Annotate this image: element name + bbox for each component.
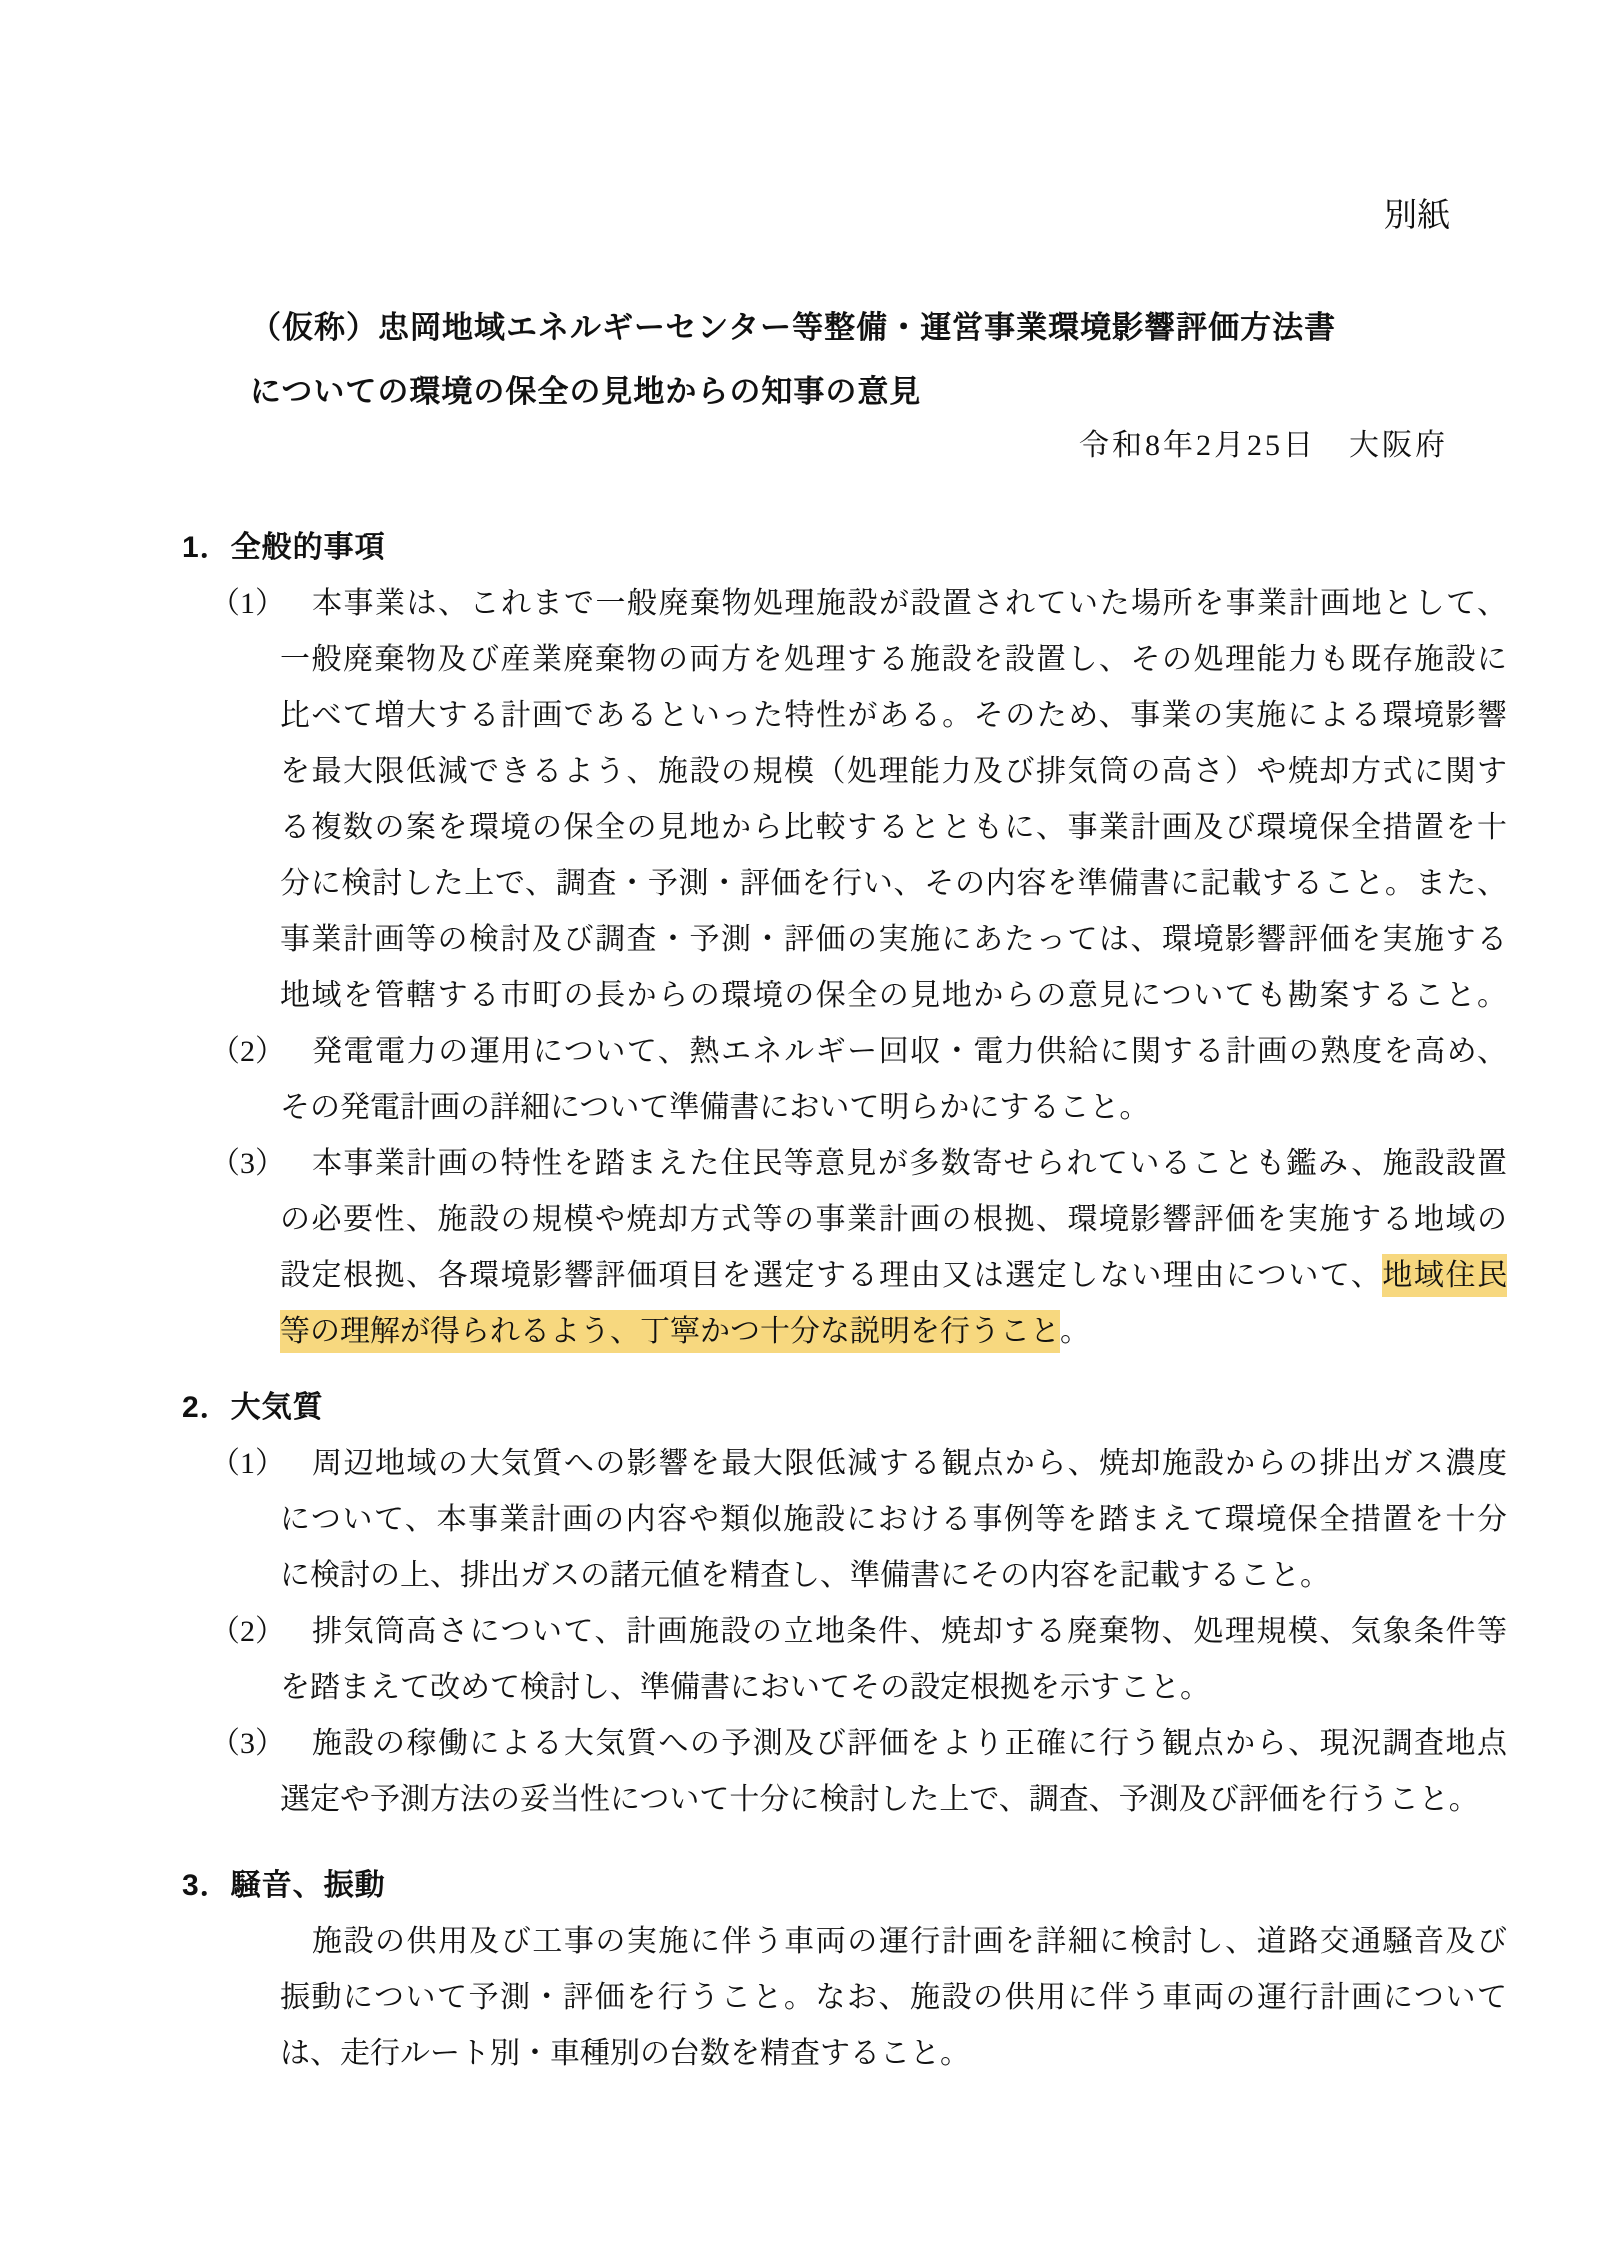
text-segment: 施設の供用及び工事の実施に伴う車両の運行計画を詳細に検討し、道路交通騒音及び [312,1925,1507,1958]
section: 3．騒音、振動施設の供用及び工事の実施に伴う車両の運行計画を詳細に検討し、道路交… [0,1858,1600,2082]
item-number: （2） [210,1604,285,1660]
section-heading: 1．全般的事項 [182,520,1600,576]
text-line: は、走行ルート別・車種別の台数を精査すること。 [280,2026,1507,2082]
text-segment: に検討の上、排出ガスの諸元値を精査し、準備書にその内容を記載すること。 [280,1559,1330,1592]
text-line: 地域を管轄する市町の長からの環境の保全の見地からの意見についても勘案すること。 [280,968,1507,1024]
text-line: 施設の稼働による大気質への予測及び評価をより正確に行う観点から、現況調査地点 [280,1716,1507,1772]
text-segment: その発電計画の詳細について準備書において明らかにすること。 [280,1091,1149,1124]
date-and-issuer: 令和8年2月25日 大阪府 [1079,426,1448,466]
text-segment: 比べて増大する計画であるといった特性がある。そのため、事業の実施による環境影響 [280,699,1507,732]
text-line: 施設の供用及び工事の実施に伴う車両の運行計画を詳細に検討し、道路交通騒音及び [280,1914,1507,1970]
text-line: 事業計画等の検討及び調査・予測・評価の実施にあたっては、環境影響評価を実施する [280,912,1507,968]
text-segment: 発電電力の運用について、熱エネルギー回収・電力供給に関する計画の熟度を高め、 [312,1035,1507,1068]
text-line: を踏まえて改めて検討し、準備書においてその設定根拠を示すこと。 [280,1660,1507,1716]
document-title-line-2: についての環境の保全の見地からの知事の意見 [250,360,1336,424]
text-line: 設定根拠、各環境影響評価項目を選定する理由又は選定しない理由について、地域住民 [280,1248,1507,1304]
document-title-line-1: （仮称）忠岡地域エネルギーセンター等整備・運営事業環境影響評価方法書 [250,296,1336,360]
paragraph-item: （3）本事業計画の特性を踏まえた住民等意見が多数寄せられていることも鑑み、施設設… [280,1136,1507,1360]
text-segment: を踏まえて改めて検討し、準備書においてその設定根拠を示すこと。 [280,1671,1210,1704]
paragraph-item: 施設の供用及び工事の実施に伴う車両の運行計画を詳細に検討し、道路交通騒音及び振動… [280,1914,1507,2082]
text-line: 本事業は、これまで一般廃棄物処理施設が設置されていた場所を事業計画地として、 [280,576,1507,632]
text-segment: 選定や予測方法の妥当性について十分に検討した上で、調査、予測及び評価を行うこと。 [280,1783,1479,1816]
paragraph-item: （2）発電電力の運用について、熱エネルギー回収・電力供給に関する計画の熟度を高め… [280,1024,1507,1136]
text-line: 等の理解が得られるよう、丁寧かつ十分な説明を行うこと。 [280,1304,1507,1360]
text-segment: 本事業は、これまで一般廃棄物処理施設が設置されていた場所を事業計画地として、 [312,587,1507,620]
document-title: （仮称）忠岡地域エネルギーセンター等整備・運営事業環境影響評価方法書 についての… [250,296,1336,424]
text-line: 一般廃棄物及び産業廃棄物の両方を処理する施設を設置し、その処理能力も既存施設に [280,632,1507,688]
text-line: 本事業計画の特性を踏まえた住民等意見が多数寄せられていることも鑑み、施設設置 [280,1136,1507,1192]
item-number: （1） [210,1436,285,1492]
item-number: （1） [210,576,285,632]
text-line: その発電計画の詳細について準備書において明らかにすること。 [280,1080,1507,1136]
text-line: に検討の上、排出ガスの諸元値を精査し、準備書にその内容を記載すること。 [280,1548,1507,1604]
text-line: 比べて増大する計画であるといった特性がある。そのため、事業の実施による環境影響 [280,688,1507,744]
text-segment: 周辺地域の大気質への影響を最大限低減する観点から、焼却施設からの排出ガス濃度 [312,1447,1507,1480]
paragraph-item: （3）施設の稼働による大気質への予測及び評価をより正確に行う観点から、現況調査地… [280,1716,1507,1828]
text-segment: 排気筒高さについて、計画施設の立地条件、焼却する廃棄物、処理規模、気象条件等 [312,1615,1507,1648]
text-segment: 地域を管轄する市町の長からの環境の保全の見地からの意見についても勘案すること。 [280,979,1507,1012]
text-segment: 施設の稼働による大気質への予測及び評価をより正確に行う観点から、現況調査地点 [312,1727,1507,1760]
text-segment: は、走行ルート別・車種別の台数を精査すること。 [280,2037,970,2070]
text-line: 振動について予測・評価を行うこと。なお、施設の供用に伴う車両の運行計画について [280,1970,1507,2026]
text-segment: を最大限低減できるよう、施設の規模（処理能力及び排気筒の高さ）や焼却方式に関す [280,755,1507,788]
text-segment: 分に検討した上で、調査・予測・評価を行い、その内容を準備書に記載すること。また、 [280,867,1507,900]
text-line: 発電電力の運用について、熱エネルギー回収・電力供給に関する計画の熟度を高め、 [280,1024,1507,1080]
item-number: （2） [210,1024,285,1080]
text-segment: の必要性、施設の規模や焼却方式等の事業計画の根拠、環境影響評価を実施する地域の [280,1203,1507,1236]
text-segment: 。 [1060,1315,1090,1348]
item-number: （3） [210,1716,285,1772]
highlighted-text: 地域住民 [1382,1254,1507,1297]
text-segment: 本事業計画の特性を踏まえた住民等意見が多数寄せられていることも鑑み、施設設置 [312,1147,1507,1180]
section-heading: 2．大気質 [182,1380,1600,1436]
text-line: 選定や予測方法の妥当性について十分に検討した上で、調査、予測及び評価を行うこと。 [280,1772,1507,1828]
highlighted-text: 等の理解が得られるよう、丁寧かつ十分な説明を行うこと [280,1310,1060,1353]
text-line: 分に検討した上で、調査・予測・評価を行い、その内容を準備書に記載すること。また、 [280,856,1507,912]
text-segment: 設定根拠、各環境影響評価項目を選定する理由又は選定しない理由について、 [280,1259,1382,1292]
text-segment: る複数の案を環境の保全の見地から比較するとともに、事業計画及び環境保全措置を十 [280,811,1507,844]
text-segment: について、本事業計画の内容や類似施設における事例等を踏まえて環境保全措置を十分 [280,1503,1507,1536]
text-line: 排気筒高さについて、計画施設の立地条件、焼却する廃棄物、処理規模、気象条件等 [280,1604,1507,1660]
attachment-label: 別紙 [1384,196,1450,236]
text-line: の必要性、施設の規模や焼却方式等の事業計画の根拠、環境影響評価を実施する地域の [280,1192,1507,1248]
text-line: を最大限低減できるよう、施設の規模（処理能力及び排気筒の高さ）や焼却方式に関す [280,744,1507,800]
paragraph-item: （1）本事業は、これまで一般廃棄物処理施設が設置されていた場所を事業計画地として… [280,576,1507,1024]
text-line: る複数の案を環境の保全の見地から比較するとともに、事業計画及び環境保全措置を十 [280,800,1507,856]
item-number: （3） [210,1136,285,1192]
text-line: 周辺地域の大気質への影響を最大限低減する観点から、焼却施設からの排出ガス濃度 [280,1436,1507,1492]
paragraph-item: （1）周辺地域の大気質への影響を最大限低減する観点から、焼却施設からの排出ガス濃… [280,1436,1507,1604]
paragraph-item: （2）排気筒高さについて、計画施設の立地条件、焼却する廃棄物、処理規模、気象条件… [280,1604,1507,1716]
document-body: 1．全般的事項（1）本事業は、これまで一般廃棄物処理施設が設置されていた場所を事… [0,520,1600,2082]
text-segment: 一般廃棄物及び産業廃棄物の両方を処理する施設を設置し、その処理能力も既存施設に [280,643,1507,676]
text-segment: 事業計画等の検討及び調査・予測・評価の実施にあたっては、環境影響評価を実施する [280,923,1507,956]
document-page: 別紙 （仮称）忠岡地域エネルギーセンター等整備・運営事業環境影響評価方法書 につ… [0,0,1600,2263]
section: 1．全般的事項（1）本事業は、これまで一般廃棄物処理施設が設置されていた場所を事… [0,520,1600,1360]
section-heading: 3．騒音、振動 [182,1858,1600,1914]
text-segment: 振動について予測・評価を行うこと。なお、施設の供用に伴う車両の運行計画について [280,1981,1507,2014]
section: 2．大気質（1）周辺地域の大気質への影響を最大限低減する観点から、焼却施設からの… [0,1380,1600,1828]
text-line: について、本事業計画の内容や類似施設における事例等を踏まえて環境保全措置を十分 [280,1492,1507,1548]
